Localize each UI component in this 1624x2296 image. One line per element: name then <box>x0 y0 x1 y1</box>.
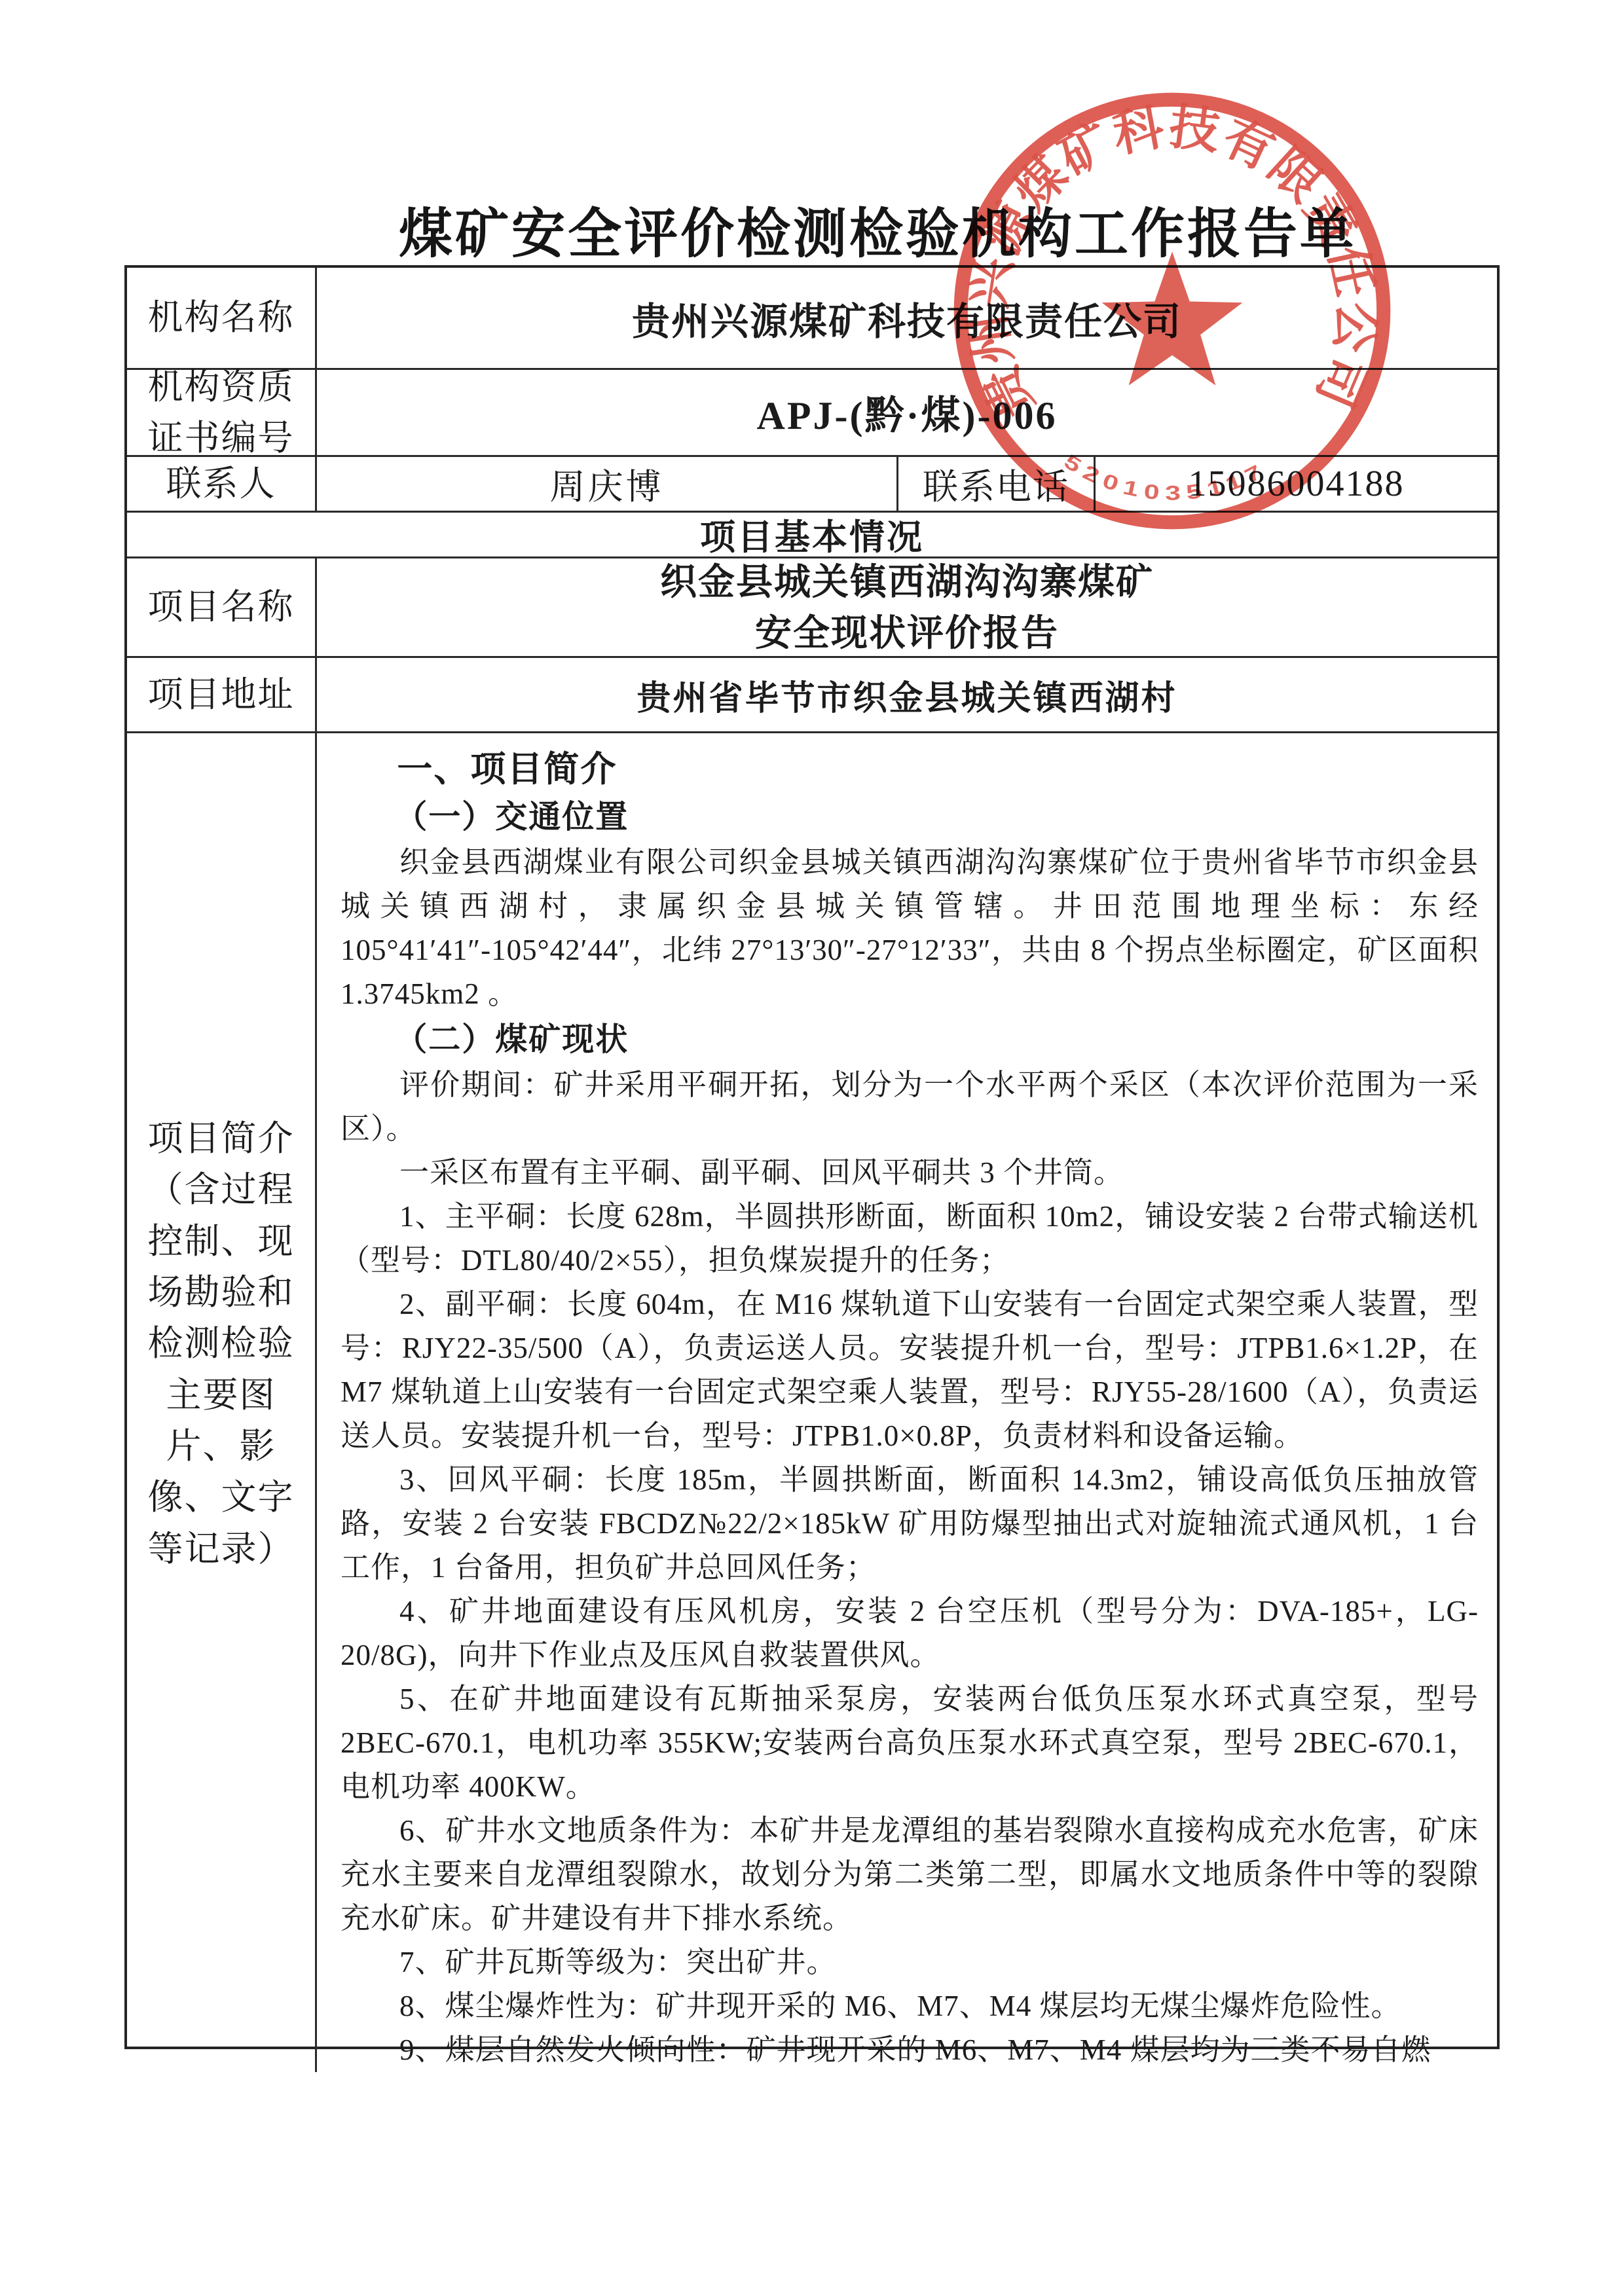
intro-paragraph: 织金县西湖煤业有限公司织金县城关镇西湖沟沟寨煤矿位于贵州省毕节市织金县城关镇西湖… <box>341 841 1479 1016</box>
row-contact: 联系人 周庆博 联系电话 15086004188 <box>127 455 1497 511</box>
row-cert-number: 机构资质证书编号 APJ-(黔·煤)-006 <box>127 368 1497 455</box>
intro-paragraph: 5、在矿井地面建设有瓦斯抽采泵房，安装两台低负压泵水环式真空泵，型号 2BEC-… <box>341 1677 1479 1809</box>
phone-label: 联系电话 <box>896 457 1096 511</box>
row-project-name: 项目名称 织金县城关镇西湖沟沟寨煤矿 安全现状评价报告 <box>127 556 1497 656</box>
intro-paragraph: 6、矿井水文地质条件为：本矿井是龙潭组的基岩裂隙水直接构成充水危害，矿床充水主要… <box>341 1809 1479 1941</box>
row-org-name: 机构名称 贵州兴源煤矿科技有限责任公司 <box>127 268 1497 368</box>
scanned-report-page: 煤矿安全评价检测检验机构工作报告单 机构名称 贵州兴源煤矿科技有限责任公司 机构… <box>0 0 1624 2296</box>
project-name-line2: 安全现状评价报告 <box>660 608 1154 659</box>
intro-paragraph: 9、煤层自然发火倾向性：矿井现开采的 M6、M7、M4 煤层均为三类不易自燃 <box>341 2028 1479 2072</box>
intro-heading-1: 一、项目简介 <box>341 745 1479 793</box>
contact-name-value: 周庆博 <box>317 457 896 511</box>
row-project-intro: 项目简介（含过程控制、现场勘验和检测检验主要图片、影像、文字等记录） 一、项目简… <box>127 731 1497 2072</box>
document-title: 煤矿安全评价检测检验机构工作报告单 <box>65 191 1624 268</box>
intro-paragraph: 一采区布置有主平硐、副平硐、回风平硐共 3 个井筒。 <box>341 1151 1479 1195</box>
section-header: 项目基本情况 <box>127 513 1497 556</box>
cert-number-value: APJ-(黔·煤)-006 <box>317 370 1497 455</box>
row-section-header: 项目基本情况 <box>127 511 1497 556</box>
org-name-label: 机构名称 <box>127 268 317 368</box>
phone-value: 15086004188 <box>1096 457 1497 511</box>
project-intro-body: 一、项目简介 （一）交通位置 织金县西湖煤业有限公司织金县城关镇西湖沟沟寨煤矿位… <box>317 733 1497 2072</box>
project-name-line1: 织金县城关镇西湖沟沟寨煤矿 <box>660 556 1154 608</box>
intro-paragraph: 3、回风平硐：长度 185m，半圆拱断面，断面积 14.3m2，铺设高低负压抽放… <box>341 1458 1479 1590</box>
intro-paragraph: 4、矿井地面建设有压风机房，安装 2 台空压机（型号分为：DVA-185+，LG… <box>341 1590 1479 1677</box>
intro-heading-1-2: （二）煤矿现状 <box>341 1016 1479 1063</box>
project-address-label: 项目地址 <box>127 658 317 731</box>
row-project-address: 项目地址 贵州省毕节市织金县城关镇西湖村 <box>127 656 1497 731</box>
intro-paragraph: 1、主平硐：长度 628m，半圆拱形断面，断面积 10m2，铺设安装 2 台带式… <box>341 1195 1479 1283</box>
report-form-table: 机构名称 贵州兴源煤矿科技有限责任公司 机构资质证书编号 APJ-(黔·煤)-0… <box>124 265 1500 2049</box>
intro-heading-1-1: （一）交通位置 <box>341 793 1479 841</box>
intro-paragraph: 7、矿井瓦斯等级为：突出矿井。 <box>341 1941 1479 1984</box>
intro-paragraph: 2、副平硐：长度 604m，在 M16 煤轨道下山安装有一台固定式架空乘人装置，… <box>341 1283 1479 1458</box>
project-name-label: 项目名称 <box>127 558 317 656</box>
org-name-value: 贵州兴源煤矿科技有限责任公司 <box>317 268 1497 368</box>
contact-label: 联系人 <box>127 457 317 511</box>
project-intro-label: 项目简介（含过程控制、现场勘验和检测检验主要图片、影像、文字等记录） <box>127 733 317 2072</box>
cert-number-label: 机构资质证书编号 <box>127 370 317 455</box>
intro-paragraph: 8、煤尘爆炸性为：矿井现开采的 M6、M7、M4 煤层均无煤尘爆炸危险性。 <box>341 1984 1479 2028</box>
intro-paragraph: 评价期间：矿井采用平硐开拓，划分为一个水平两个采区（本次评价范围为一采区）。 <box>341 1063 1479 1151</box>
project-address-value: 贵州省毕节市织金县城关镇西湖村 <box>317 658 1497 731</box>
project-name-value: 织金县城关镇西湖沟沟寨煤矿 安全现状评价报告 <box>660 556 1154 659</box>
